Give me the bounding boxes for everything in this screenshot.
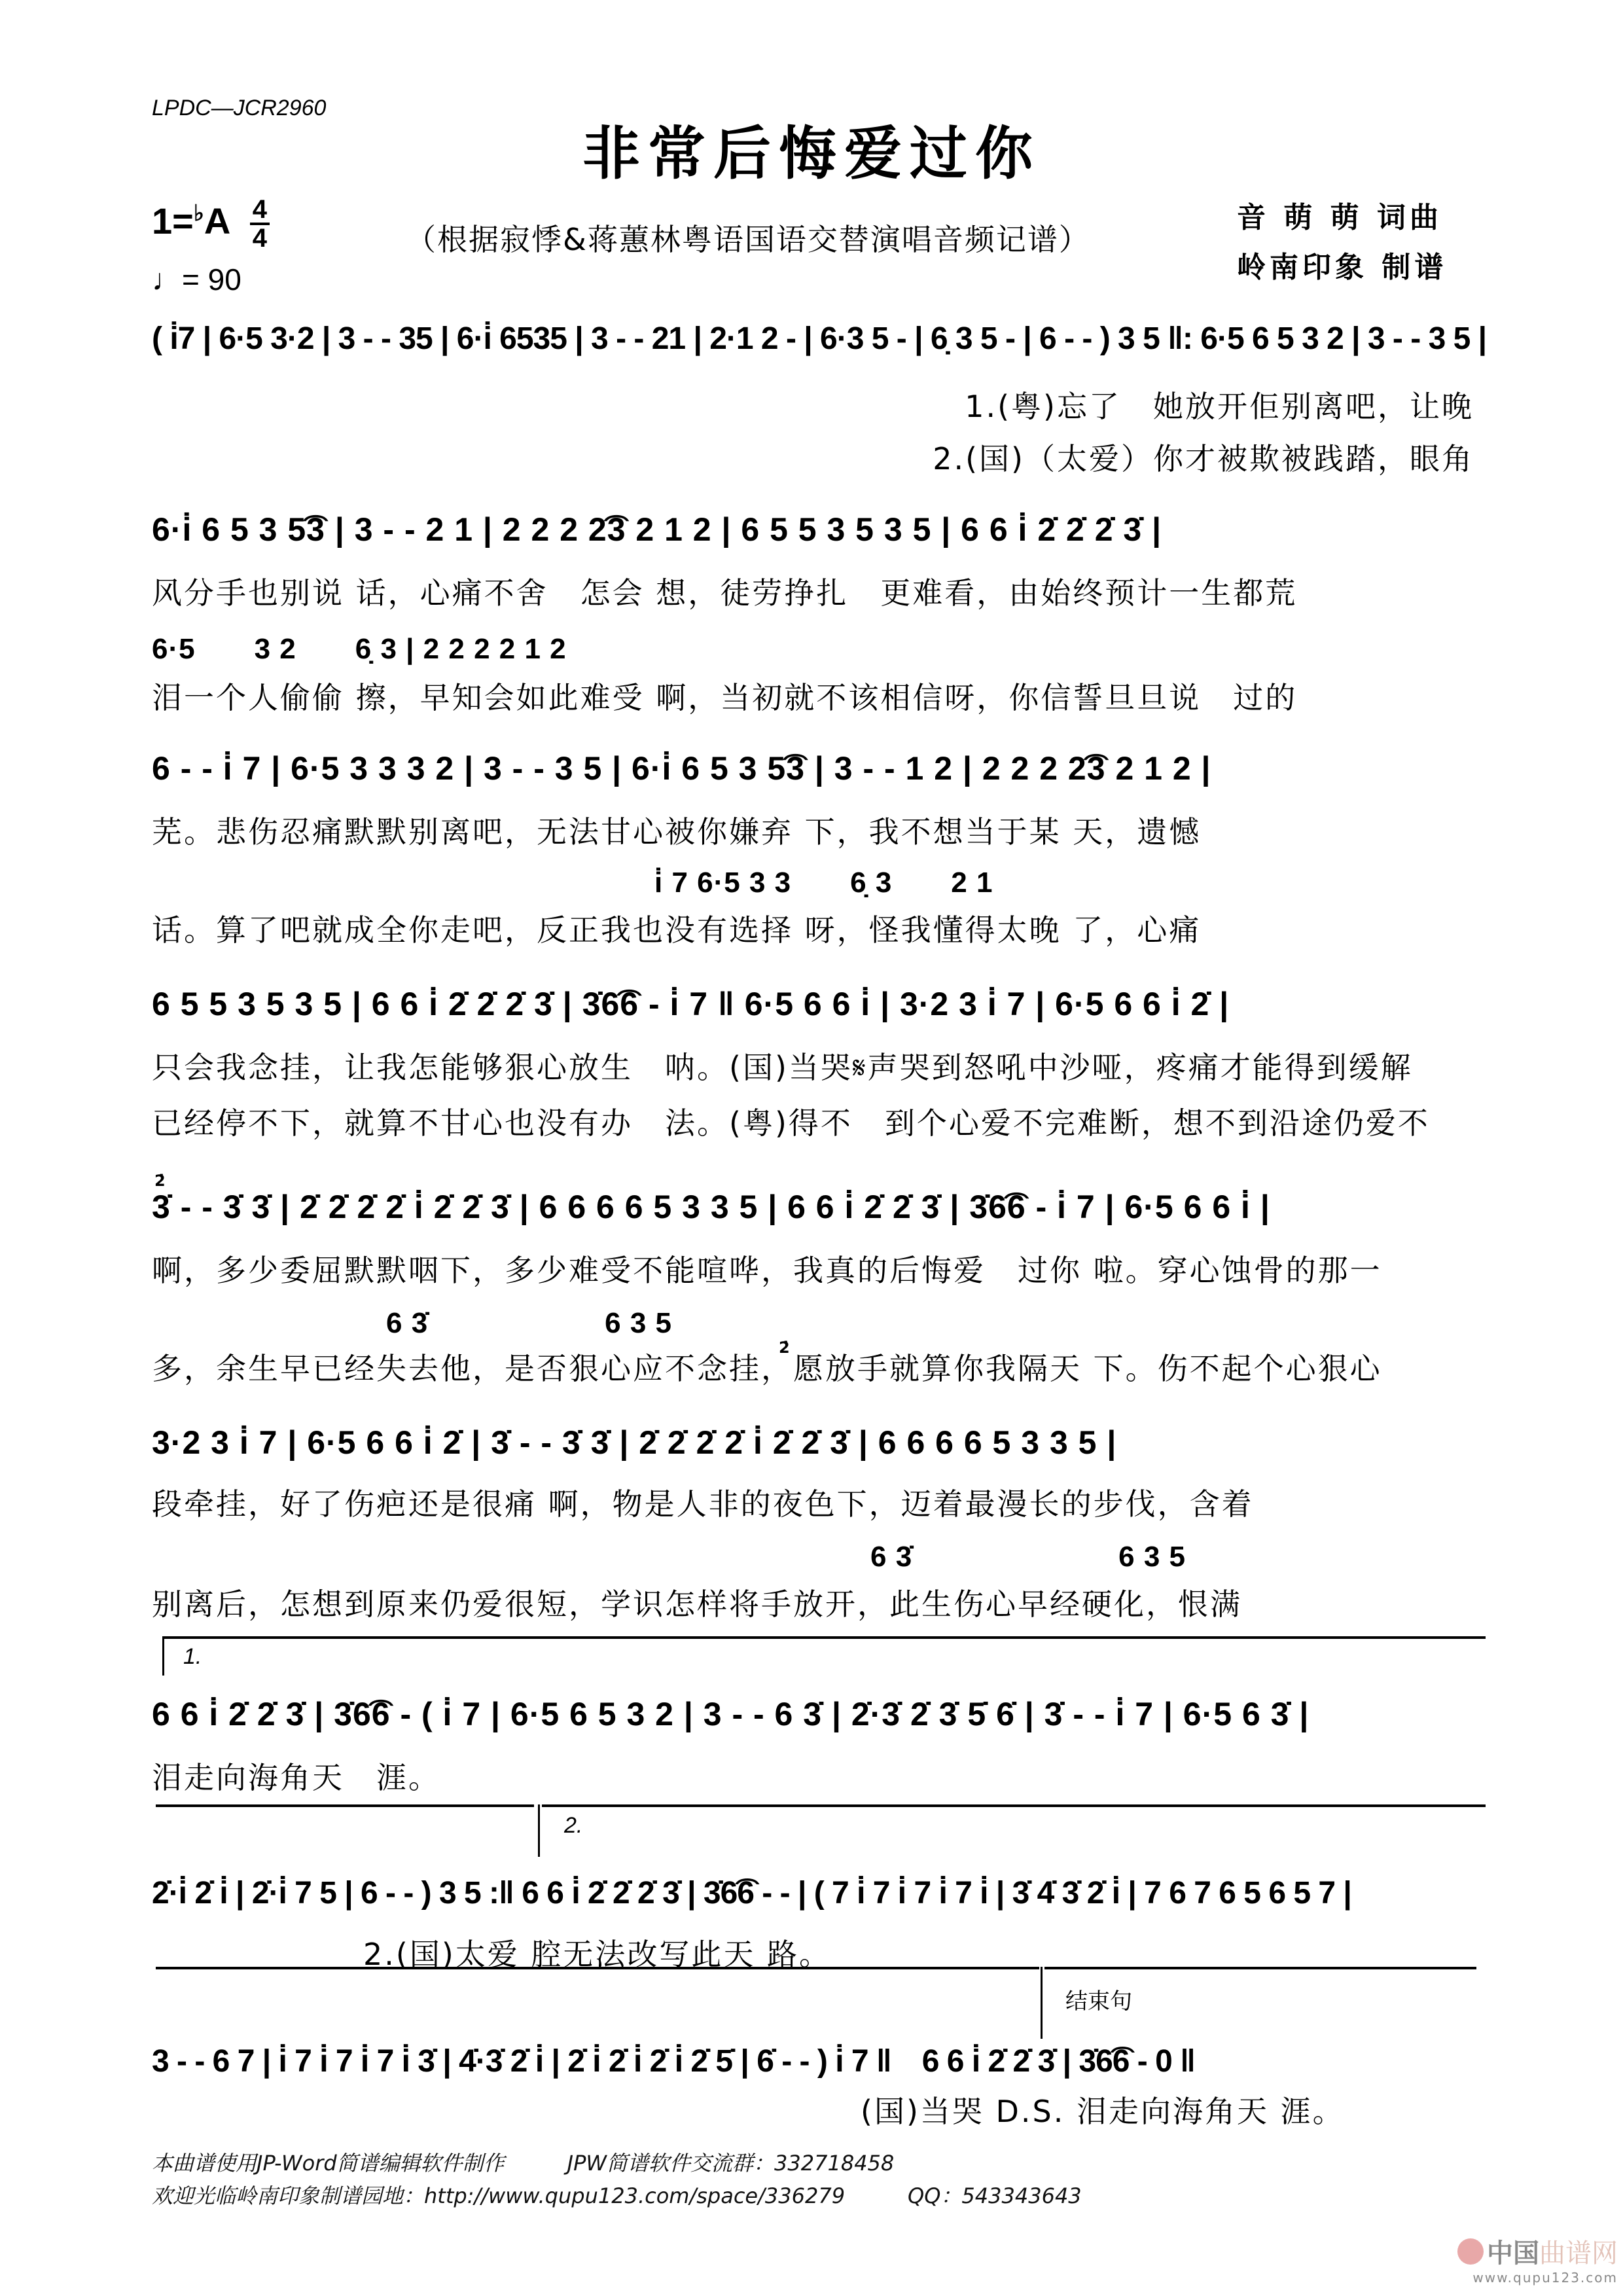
- time-bottom: 4: [250, 225, 270, 251]
- ending-bracket-left: [1041, 1967, 1043, 2039]
- volta-line-left: [156, 1804, 534, 1807]
- lyric-line-3a: 芜。悲伤忍痛默默别离吧，无法甘心被你嫌弃 下，我不想当于某 天，遗憾: [152, 808, 1474, 852]
- watermark-text-1: 中国: [1487, 2238, 1539, 2269]
- footer-software-note: 本曲谱使用JP-Word简谱编辑软件制作 JPW简谱软件交流群：33271845…: [152, 2147, 894, 2177]
- volta-bracket-1-left: [162, 1636, 164, 1676]
- subtitle: （根据寂悸&蒋蕙林粤语国语交替演唱音频记谱）: [406, 216, 1090, 259]
- flat-icon: ♭: [194, 201, 204, 226]
- ending-bracket: [1044, 1967, 1476, 1969]
- notation-line-8: 2̇·i̇ 2̇ i̇ | 2̇·i̇ 7 5 | 6 - - ) 3 5 :‖…: [152, 1875, 1474, 1911]
- lyric-line-2b: 泪一个人偷偷 擦，早知会如此难受 啊，当初就不该相信呀，你信誓旦旦说 过的: [152, 674, 1474, 717]
- watermark-url: www.qupu123.com: [1457, 2270, 1618, 2286]
- ending-line-left: [156, 1967, 1039, 1969]
- volta-bracket-2-left: [538, 1804, 540, 1857]
- grace-note: 2̇: [154, 1172, 166, 1190]
- lyric-line-4a: 只会我念挂，让我怎能够狠心放生 呐。(国)当哭𝄋声哭到怒吼中沙哑，疼痛才能得到缓…: [152, 1044, 1474, 1087]
- lyric-line-7: 泪走向海角天 涯。: [152, 1754, 1474, 1797]
- credits-arranger: 岭南印象 制谱: [1237, 243, 1447, 293]
- lyric-line-2a: 风分手也别说 话，心痛不舍 怎会 想，徒劳挣扎 更难看，由始终预计一生都荒: [152, 569, 1474, 613]
- watermark-text-2: 曲谱网: [1539, 2238, 1618, 2269]
- volta-label-2: 2.: [564, 1813, 582, 1839]
- notation-line-5: 3̇ - - 3̇ 3̇ | 2̇ 2̇ 2̇ 2̇ i̇ 2̇ 2̇ 3̇ |…: [152, 1188, 1474, 1226]
- notation-line-4: 6 5 5 3 5 3 5 | 6 6 i̇ 2̇ 2̇ 2̇ 3̇ | 3̇6…: [152, 985, 1474, 1023]
- tempo-marking: ♩= 90: [152, 262, 241, 297]
- lyric-line-9: (国)当哭 D.S. 泪走向海角天 涯。: [861, 2088, 1623, 2131]
- grace-note: 2̇: [779, 1338, 790, 1357]
- lyric-line-3b: 话。算了吧就成全你走吧，反正我也没有选择 呀，怪我懂得太晚 了，心痛: [152, 906, 1474, 950]
- credits: 音 萌 萌 词曲 岭南印象 制谱: [1237, 193, 1447, 293]
- page-title: 非常后悔爱过你: [0, 108, 1623, 190]
- footer-website-link[interactable]: 欢迎光临岭南印象制谱园地：http://www.qupu123.com/spac…: [152, 2179, 1082, 2210]
- watermark-logo-icon: [1457, 2238, 1484, 2265]
- lyric-line-6b: 别离后，怎想到原来仍爱很短，学识怎样将手放开，此生伤心早经硬化，恨满: [152, 1581, 1474, 1624]
- time-top: 4: [250, 196, 270, 223]
- notation-line-1: ( i̇7 | 6·5 3·2 | 3 - - 35 | 6·i̇ 6535 |…: [152, 321, 1474, 357]
- lyric-line-5a: 啊，多少委屈默默咽下，多少难受不能喧哗，我真的后悔爱 过你 啦。穿心蚀骨的那一: [152, 1247, 1474, 1290]
- alt-notation-line-3: i̇ 7 6·5 3 3 6̣ 3 2 1: [654, 859, 1440, 901]
- lyric-line-1a: 1.(粤)忘了 她放开佢别离吧，让晚: [152, 383, 1474, 426]
- key-note: A: [204, 200, 229, 242]
- key-signature: 1=♭A 4 4: [152, 196, 270, 251]
- lyric-line-4b: 已经停不下，就算不甘心也没有办 法。(粤)得不 到个心爱不完难断，想不到沿途仍爱…: [152, 1100, 1474, 1143]
- key-label: 1=: [152, 200, 194, 242]
- alt-notation-line-6: 6 3̇ 6 3 5: [870, 1533, 1459, 1575]
- lyric-line-5b: 多，余生早已经失去他，是否狠心应不念挂，愿放手就算你我隔天 下。伤不起个心狠心: [152, 1345, 1474, 1388]
- lyric-line-6a: 段牵挂，好了伤疤还是很痛 啊，物是人非的夜色下，迈着最漫长的步伐，含着: [152, 1480, 1474, 1524]
- alt-notation-line-2: 6·5 3 2 6̣ 3 | 2 2 2 2 1 2: [152, 625, 1474, 667]
- notation-line-2: 6·i̇ 6 5 3 5͡3 | 3 - - 2 1 | 2 2 2 2͡3 2…: [152, 511, 1474, 548]
- volta-bracket-2: [542, 1804, 1486, 1807]
- time-signature: 4 4: [250, 196, 270, 251]
- watermark: 中国曲谱网 www.qupu123.com: [1457, 2233, 1618, 2286]
- notation-line-6: 3·2 3 i̇ 7 | 6·5 6 6 i̇ 2̇ | 3̇ - - 3̇ 3…: [152, 1424, 1474, 1462]
- lyric-line-1b: 2.(国)（太爱）你才被欺被践踏，眼角: [152, 435, 1474, 478]
- credits-composer: 音 萌 萌 词曲: [1237, 193, 1447, 243]
- notation-line-9: 3 - - 6 7 | i̇ 7 i̇ 7 i̇ 7 i̇ 3̇ | 4̇·3̇…: [152, 2036, 1474, 2081]
- volta-bracket-1: [162, 1636, 1486, 1639]
- notation-line-3: 6 - - i̇ 7 | 6·5 3 3 3 2 | 3 - - 3 5 | 6…: [152, 749, 1474, 787]
- notation-line-7: 6 6 i̇ 2̇ 2̇ 3̇ | 3̇6͡6 - ( i̇ 7 | 6·5 6…: [152, 1695, 1474, 1733]
- ending-label: 结束句: [1065, 1983, 1132, 2015]
- volta-label-1: 1.: [183, 1644, 202, 1670]
- alt-notation-line-5: 6 3̇ 6 3 5: [386, 1299, 1171, 1341]
